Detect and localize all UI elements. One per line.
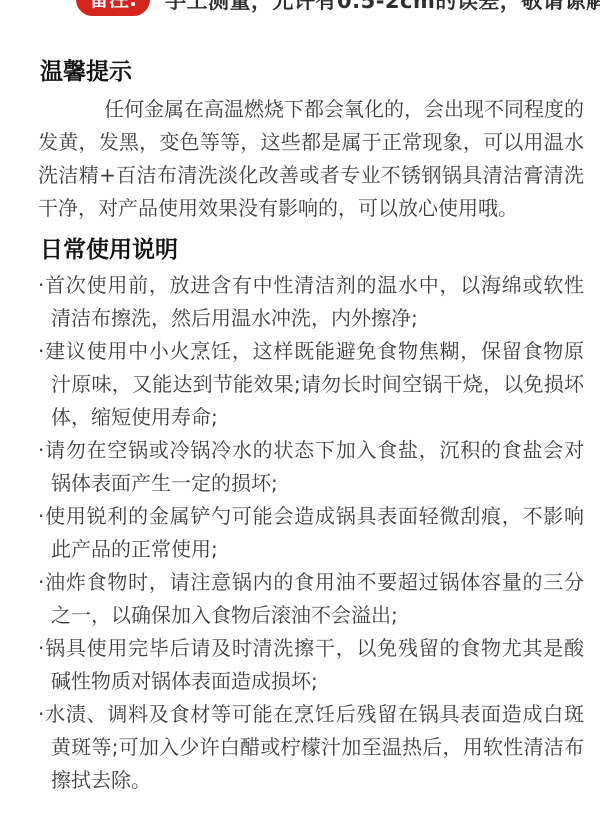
usage-item-text: 锅具使用完毕后请及时清洗擦干，以免残留的食物尤其是酸碱性物质对锅体表面造成损坏; (44, 636, 584, 693)
usage-item-text: 使用锐利的金属铲勺可能会造成锅具表面轻微刮痕，不影响此产品的正常使用; (44, 504, 584, 561)
usage-list-item: ·锅具使用完毕后请及时清洗擦干，以免残留的食物尤其是酸碱性物质对锅体表面造成损坏… (38, 632, 584, 698)
usage-item-text: 水渍、调料及食材等可能在烹饪后残留在锅具表面造成白斑黄斑等;可加入少许白醋或柠檬… (44, 702, 584, 792)
usage-item-text: 建议使用中小火烹饪，这样既能避免食物焦糊，保留食物原汁原味，又能达到节能效果;请… (44, 339, 584, 429)
usage-section-title: 日常使用说明 (40, 236, 584, 264)
usage-list-item: ·建议使用中小火烹饪，这样既能避免食物焦糊，保留食物原汁原味，又能达到节能效果;… (38, 335, 584, 434)
usage-item-text: 油炸食物时，请注意锅内的食用油不要超过锅体容量的三分之一，以确保加入食物后滚油不… (44, 570, 584, 627)
usage-item-text: 首次使用前，放进含有中性清洁剂的温水中，以海绵或软性清洁布擦洗，然后用温水冲洗，… (44, 273, 584, 330)
usage-list-item: ·首次使用前，放进含有中性清洁剂的温水中，以海绵或软性清洁布擦洗，然后用温水冲洗… (38, 269, 584, 335)
tips-paragraph: 任何金属在高温燃烧下都会氧化的，会出现不同程度的发黄，发黑，变色等等，这些都是属… (38, 93, 584, 225)
product-description-page: 备注: 手工测量，允许有0.5-2cm的误差，敬请谅解！ 温馨提示 任何金属在高… (0, 0, 600, 815)
usage-list-item: ·使用锐利的金属铲勺可能会造成锅具表面轻微刮痕，不影响此产品的正常使用; (38, 500, 584, 566)
usage-list-item: ·请勿在空锅或冷锅冷水的状态下加入食盐，沉积的食盐会对锅体表面产生一定的损坏; (38, 434, 584, 500)
tips-section-title: 温馨提示 (40, 58, 584, 86)
description-content: 温馨提示 任何金属在高温燃烧下都会氧化的，会出现不同程度的发黄，发黑，变色等等，… (38, 0, 584, 797)
usage-list-item: ·水渍、调料及食材等可能在烹饪后残留在锅具表面造成白斑黄斑等;可加入少许白醋或柠… (38, 698, 584, 797)
usage-item-text: 请勿在空锅或冷锅冷水的状态下加入食盐，沉积的食盐会对锅体表面产生一定的损坏; (44, 438, 584, 495)
usage-instructions-list: ·首次使用前，放进含有中性清洁剂的温水中，以海绵或软性清洁布擦洗，然后用温水冲洗… (38, 269, 584, 797)
usage-list-item: ·油炸食物时，请注意锅内的食用油不要超过锅体容量的三分之一，以确保加入食物后滚油… (38, 566, 584, 632)
